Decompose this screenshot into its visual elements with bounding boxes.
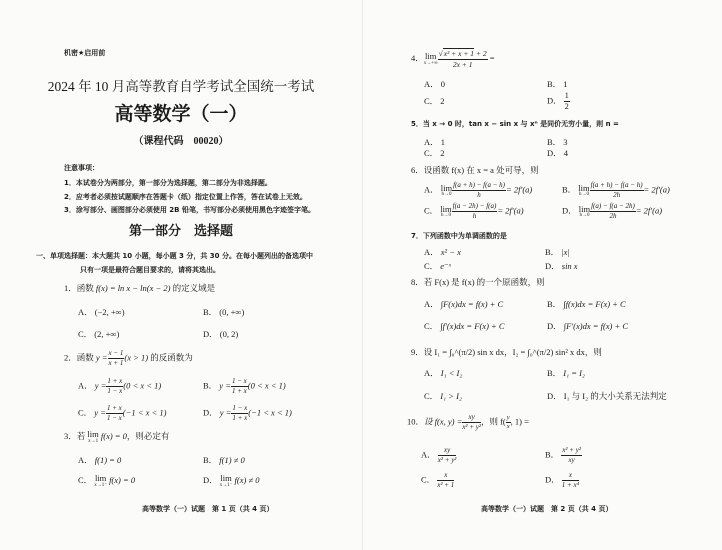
note-item-1: 1．本试卷分为两部分，第一部分为选择题，第二部分为非选择题。 — [64, 178, 272, 188]
question-7-option-a[interactable]: A． x² − x — [424, 246, 461, 258]
question-6-option-a[interactable]: A． limh→0f(a + h) − f(a − h)h= 2f′(a) — [424, 182, 532, 199]
question-6-stem: 6．设函数 f(x) 在 x = a 处可导，则 — [411, 164, 539, 176]
question-2-option-b[interactable]: B． y =1 − x1 + x(0 < x < 1) — [203, 378, 286, 395]
exam-title: 2024 年 10 月高等教育自学考试全国统一考试 — [0, 75, 362, 95]
question-6-option-c[interactable]: C． limh→0f(a − 2h) − f(a)h= 2f′(a) — [424, 203, 524, 220]
question-3-option-c[interactable]: C． limx→1⁻ f(x) = 0 — [78, 474, 135, 488]
question-7-option-b[interactable]: B． |x| — [545, 246, 570, 258]
note-item-3: 3．涂写部分、画图部分必须使用 2B 铅笔，书写部分必须使用黑色字迹签字笔。 — [64, 205, 315, 215]
question-3-option-d[interactable]: D． limx→1⁻ f(x) ≠ 0 — [203, 474, 260, 488]
confidential-label: 机密★启用前 — [64, 48, 105, 58]
question-10-stem: 10．设 f(x, y) =xyx² + y²，则 f(yx, 1) = — [407, 414, 529, 431]
question-3-option-a[interactable]: A． f(1) = 0 — [78, 454, 121, 466]
section-instruction-line2: 只有一项是最符合题目要求的，请将其选出。 — [80, 265, 220, 275]
question-1-option-d[interactable]: D． (0, 2) — [203, 328, 238, 340]
subject-title: 高等数学（一） — [0, 99, 362, 126]
question-9-option-c[interactable]: C． I₁ > I₂ — [424, 390, 462, 402]
question-9-option-a[interactable]: A． I₁ < I₂ — [424, 367, 462, 379]
page-1: 机密★启用前 2024 年 10 月高等教育自学考试全国统一考试 高等数学（一）… — [0, 0, 362, 550]
question-6-option-d[interactable]: D． limh→0f(a) − f(a − 2h)2h= 2f′(a) — [562, 203, 662, 220]
question-4-option-a[interactable]: A． 0 — [424, 78, 445, 90]
question-10-option-d[interactable]: D． x1 + x⁴ — [545, 472, 579, 489]
course-code: （课程代码 00020） — [0, 132, 362, 147]
question-5-option-d[interactable]: D． 4 — [547, 147, 568, 159]
question-1-option-a[interactable]: A． (−2, +∞) — [78, 306, 125, 318]
note-item-2: 2．应考者必须按试题顺序在答题卡（纸）指定位置上作答，答在试卷上无效。 — [64, 192, 307, 202]
page-2-footer: 高等数学（一）试题 第 2 页（共 4 页） — [481, 504, 613, 514]
question-3-stem: 3．若 limx→1 f(x) = 0，则必定有 — [64, 430, 169, 444]
question-10-option-b[interactable]: B． x² + y²xy — [545, 447, 582, 464]
question-8-option-b[interactable]: B． ∫f(x)dx = F(x) + C — [547, 298, 626, 310]
question-10-option-a[interactable]: A． xyx² + y² — [421, 447, 456, 464]
question-5-stem: 5．当 x → 0 时，tan x − sin x 与 xⁿ 是同价无穷小量，则… — [411, 119, 619, 129]
question-3-option-b[interactable]: B． f(1) ≠ 0 — [203, 454, 245, 466]
question-8-option-c[interactable]: C． ∫f′(x)dx = F(x) + C — [424, 320, 505, 332]
question-2-option-d[interactable]: D． y =1 − x1 + x(−1 < x < 1) — [203, 405, 292, 422]
question-9-stem: 9．设 I₁ = ∫₀^(π/2) sin x dx，I₂ = ∫₀^(π/2)… — [411, 346, 602, 358]
part-1-title: 第一部分 选择题 — [0, 220, 362, 239]
question-2-stem: 2．函数 y =x − 1x + 1(x > 1) 的反函数为 — [64, 350, 193, 367]
section-instruction-line1: 一、单项选择题：本大题共 10 小题，每小题 3 分，共 30 分。在每小题列出… — [36, 251, 313, 261]
question-7-stem: 7．下列函数中为单调函数的是 — [411, 231, 507, 241]
question-2-option-a[interactable]: A． y =1 + x1 − x(0 < x < 1) — [78, 378, 161, 395]
question-10-option-c[interactable]: C． xx² + 1 — [421, 472, 454, 489]
question-4-stem: 4．limx→+∞√x² + x + 1 + 22x + 1 = — [411, 50, 495, 68]
question-9-option-b[interactable]: B． I₁ = I₂ — [547, 367, 585, 379]
question-4-option-d[interactable]: D． 12 — [547, 92, 570, 111]
question-7-option-d[interactable]: D． sin x — [545, 260, 578, 272]
question-4-option-b[interactable]: B． 1 — [547, 78, 568, 90]
notes-title: 注意事项： — [64, 163, 99, 173]
question-5-option-c[interactable]: C． 2 — [424, 147, 445, 159]
question-8-option-a[interactable]: A． ∫F(x)dx = f(x) + C — [424, 298, 503, 310]
question-6-option-b[interactable]: B． limh→0f(a + h) − f(a − h)2h= 2f′(a) — [562, 182, 670, 199]
page-1-footer: 高等数学（一）试题 第 1 页（共 4 页） — [142, 504, 274, 514]
question-9-option-d[interactable]: D． I₁ 与 I₂ 的大小关系无法判定 — [547, 390, 667, 402]
question-8-stem: 8．若 F(x) 是 f(x) 的一个原函数，则 — [411, 276, 545, 288]
question-1-option-c[interactable]: C． (2, +∞) — [78, 328, 119, 340]
page-2: 4．limx→+∞√x² + x + 1 + 22x + 1 = A． 0 B．… — [362, 0, 722, 550]
question-2-option-c[interactable]: C． y =1 + x1 − x(−1 < x < 1) — [78, 405, 166, 422]
question-7-option-c[interactable]: C． e⁻ˣ — [424, 260, 451, 272]
question-1-option-b[interactable]: B． (0, +∞) — [203, 306, 244, 318]
question-8-option-d[interactable]: D． ∫F′(x)dx = f(x) + C — [547, 320, 628, 332]
question-4-option-c[interactable]: C． 2 — [424, 95, 445, 107]
question-1-stem: 1．函数 f(x) = ln x − ln(x − 2) 的定义域是 — [64, 282, 215, 294]
